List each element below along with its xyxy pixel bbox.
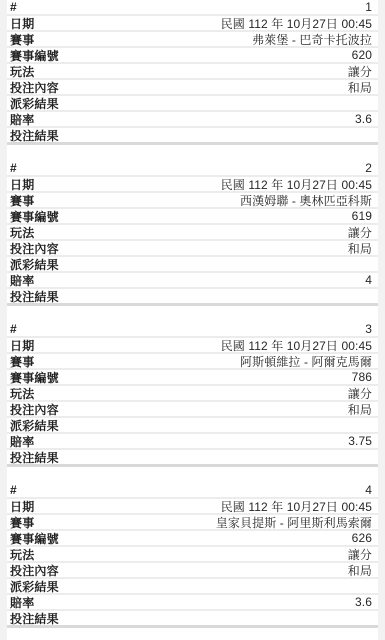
record-row-payout-result: 派彩結果	[7, 579, 378, 595]
bet-content-label: 投注內容	[10, 80, 59, 96]
record-row-bet-result: 投注結果	[7, 611, 378, 628]
record-row-odds: 賠率 3.6	[7, 595, 378, 611]
record-row-play-type: 玩法 讓分	[7, 386, 378, 402]
bet-record-block: # 1 日期 民國 112 年 10月27日 00:45 賽事 弗萊堡 - 巴奇…	[7, 0, 378, 145]
number-value: 3	[365, 322, 372, 336]
record-row-number: # 1	[7, 0, 378, 16]
bet-content-label: 投注內容	[10, 402, 59, 418]
event-label: 賽事	[10, 32, 34, 48]
bet-result-label: 投注結果	[10, 450, 59, 466]
event-id-value: 626	[352, 531, 372, 545]
record-row-event: 賽事 阿斯頓維拉 - 阿爾克馬爾	[7, 354, 378, 370]
event-label: 賽事	[10, 515, 34, 531]
play-type-value: 讓分	[348, 547, 372, 563]
record-row-odds: 賠率 3.6	[7, 112, 378, 128]
bet-records-list: # 1 日期 民國 112 年 10月27日 00:45 賽事 弗萊堡 - 巴奇…	[7, 0, 378, 628]
number-value: 2	[365, 161, 372, 175]
date-value: 民國 112 年 10月27日 00:45	[221, 338, 372, 354]
odds-label: 賠率	[10, 434, 34, 450]
record-row-event: 賽事 西漢姆聯 - 奧林匹亞科斯	[7, 193, 378, 209]
record-row-event-id: 賽事編號 620	[7, 48, 378, 64]
bet-record-block: # 2 日期 民國 112 年 10月27日 00:45 賽事 西漢姆聯 - 奧…	[7, 161, 378, 306]
play-type-label: 玩法	[10, 64, 34, 80]
number-label: #	[10, 161, 17, 175]
record-row-odds: 賠率 3.75	[7, 434, 378, 450]
payout-result-label: 派彩結果	[10, 579, 59, 595]
event-label: 賽事	[10, 354, 34, 370]
date-label: 日期	[10, 499, 34, 515]
record-row-bet-result: 投注結果	[7, 289, 378, 306]
bet-content-value: 和局	[348, 241, 372, 257]
bet-result-label: 投注結果	[10, 289, 59, 305]
bet-result-label: 投注結果	[10, 611, 59, 627]
play-type-label: 玩法	[10, 547, 34, 563]
bet-history-page: # 1 日期 民國 112 年 10月27日 00:45 賽事 弗萊堡 - 巴奇…	[7, 0, 378, 640]
record-row-event: 賽事 皇家貝提斯 - 阿里斯利馬索爾	[7, 515, 378, 531]
record-row-number: # 4	[7, 483, 378, 499]
play-type-value: 讓分	[348, 64, 372, 80]
event-value: 弗萊堡 - 巴奇卡托波拉	[252, 32, 372, 48]
payout-result-label: 派彩結果	[10, 257, 59, 273]
payout-result-label: 派彩結果	[10, 418, 59, 434]
number-label: #	[10, 483, 17, 497]
odds-value: 3.6	[355, 595, 372, 609]
record-row-payout-result: 派彩結果	[7, 96, 378, 112]
record-row-date: 日期 民國 112 年 10月27日 00:45	[7, 16, 378, 32]
event-value: 西漢姆聯 - 奧林匹亞科斯	[240, 193, 372, 209]
date-value: 民國 112 年 10月27日 00:45	[221, 177, 372, 193]
play-type-label: 玩法	[10, 386, 34, 402]
record-row-bet-content: 投注內容 和局	[7, 80, 378, 96]
bet-record-block: # 4 日期 民國 112 年 10月27日 00:45 賽事 皇家貝提斯 - …	[7, 483, 378, 628]
event-id-value: 620	[352, 48, 372, 62]
record-row-payout-result: 派彩結果	[7, 418, 378, 434]
date-label: 日期	[10, 177, 34, 193]
record-row-odds: 賠率 4	[7, 273, 378, 289]
odds-value: 3.6	[355, 112, 372, 126]
record-row-play-type: 玩法 讓分	[7, 547, 378, 563]
bet-record-block: # 3 日期 民國 112 年 10月27日 00:45 賽事 阿斯頓維拉 - …	[7, 322, 378, 467]
number-value: 4	[365, 483, 372, 497]
record-row-bet-content: 投注內容 和局	[7, 241, 378, 257]
play-type-label: 玩法	[10, 225, 34, 241]
record-row-date: 日期 民國 112 年 10月27日 00:45	[7, 177, 378, 193]
record-row-event-id: 賽事編號 626	[7, 531, 378, 547]
record-row-bet-result: 投注結果	[7, 128, 378, 145]
odds-value: 3.75	[348, 434, 372, 448]
event-value: 皇家貝提斯 - 阿里斯利馬索爾	[216, 515, 372, 531]
record-row-date: 日期 民國 112 年 10月27日 00:45	[7, 499, 378, 515]
event-id-value: 619	[352, 209, 372, 223]
bet-content-value: 和局	[348, 563, 372, 579]
date-label: 日期	[10, 338, 34, 354]
record-row-play-type: 玩法 讓分	[7, 225, 378, 241]
record-row-number: # 2	[7, 161, 378, 177]
bet-content-value: 和局	[348, 402, 372, 418]
event-id-label: 賽事編號	[10, 531, 59, 547]
event-value: 阿斯頓維拉 - 阿爾克馬爾	[240, 354, 372, 370]
record-row-event-id: 賽事編號 619	[7, 209, 378, 225]
record-row-payout-result: 派彩結果	[7, 257, 378, 273]
record-row-event-id: 賽事編號 786	[7, 370, 378, 386]
date-value: 民國 112 年 10月27日 00:45	[221, 499, 372, 515]
number-value: 1	[365, 0, 372, 14]
event-id-value: 786	[352, 370, 372, 384]
bet-result-label: 投注結果	[10, 128, 59, 144]
record-row-bet-result: 投注結果	[7, 450, 378, 467]
record-row-number: # 3	[7, 322, 378, 338]
record-row-play-type: 玩法 讓分	[7, 64, 378, 80]
bet-content-label: 投注內容	[10, 563, 59, 579]
play-type-value: 讓分	[348, 225, 372, 241]
record-row-event: 賽事 弗萊堡 - 巴奇卡托波拉	[7, 32, 378, 48]
event-id-label: 賽事編號	[10, 48, 59, 64]
payout-result-label: 派彩結果	[10, 96, 59, 112]
event-id-label: 賽事編號	[10, 209, 59, 225]
date-label: 日期	[10, 16, 34, 32]
odds-label: 賠率	[10, 595, 34, 611]
play-type-value: 讓分	[348, 386, 372, 402]
event-id-label: 賽事編號	[10, 370, 59, 386]
record-row-bet-content: 投注內容 和局	[7, 563, 378, 579]
bet-content-label: 投注內容	[10, 241, 59, 257]
number-label: #	[10, 322, 17, 336]
record-row-date: 日期 民國 112 年 10月27日 00:45	[7, 338, 378, 354]
date-value: 民國 112 年 10月27日 00:45	[221, 16, 372, 32]
bet-content-value: 和局	[348, 80, 372, 96]
number-label: #	[10, 0, 17, 14]
record-row-bet-content: 投注內容 和局	[7, 402, 378, 418]
odds-label: 賠率	[10, 273, 34, 289]
event-label: 賽事	[10, 193, 34, 209]
odds-value: 4	[365, 273, 372, 287]
odds-label: 賠率	[10, 112, 34, 128]
